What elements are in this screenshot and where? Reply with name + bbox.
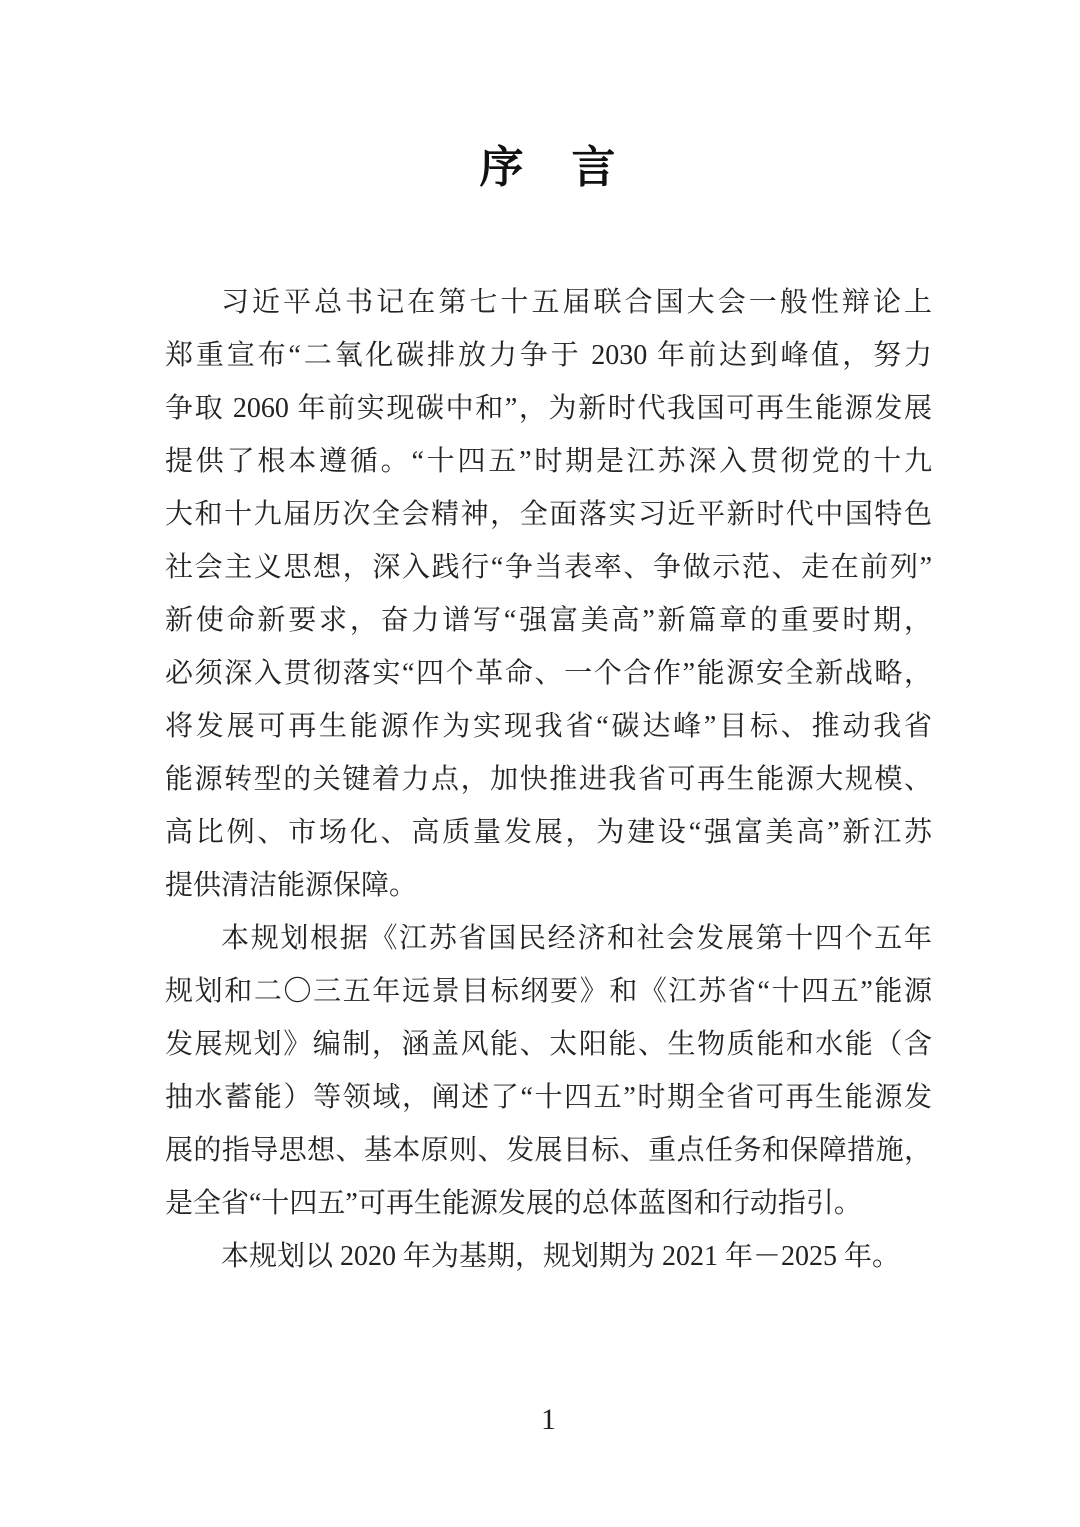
page-number: 1 [165, 1400, 932, 1440]
page-title: 序 言 [165, 142, 932, 194]
text-line: 高比例、市场化、高质量发展，为建设“强富美高”新江苏 [165, 806, 932, 859]
text-line: 本规划以 2020 年为基期，规划期为 2021 年－2025 年。 [165, 1230, 932, 1283]
text-line: 本规划根据《江苏省国民经济和社会发展第十四个五年 [165, 912, 932, 965]
text-line: 大和十九届历次全会精神，全面落实习近平新时代中国特色 [165, 488, 932, 541]
text-line: 发展规划》编制，涵盖风能、太阳能、生物质能和水能（含 [165, 1018, 932, 1071]
paragraph: 本规划根据《江苏省国民经济和社会发展第十四个五年 规划和二〇三五年远景目标纲要》… [165, 912, 932, 1230]
document-page: 序 言 习近平总书记在第七十五届联合国大会一般性辩论上 郑重宣布“二氧化碳排放力… [0, 0, 1080, 1527]
text-line: 社会主义思想，深入践行“争当表率、争做示范、走在前列” [165, 541, 932, 594]
text-line: 提供了根本遵循。“十四五”时期是江苏深入贯彻党的十九 [165, 435, 932, 488]
text-line: 将发展可再生能源作为实现我省“碳达峰”目标、推动我省 [165, 700, 932, 753]
text-line: 争取 2060 年前实现碳中和”，为新时代我国可再生能源发展 [165, 382, 932, 435]
text-line: 展的指导思想、基本原则、发展目标、重点任务和保障措施， [165, 1124, 932, 1177]
document-body: 习近平总书记在第七十五届联合国大会一般性辩论上 郑重宣布“二氧化碳排放力争于 2… [165, 276, 932, 1283]
text-line: 规划和二〇三五年远景目标纲要》和《江苏省“十四五”能源 [165, 965, 932, 1018]
text-line: 新使命新要求，奋力谱写“强富美高”新篇章的重要时期， [165, 594, 932, 647]
text-line: 抽水蓄能）等领域，阐述了“十四五”时期全省可再生能源发 [165, 1071, 932, 1124]
text-line: 是全省“十四五”可再生能源发展的总体蓝图和行动指引。 [165, 1177, 932, 1230]
text-line: 郑重宣布“二氧化碳排放力争于 2030 年前达到峰值，努力 [165, 329, 932, 382]
paragraph: 本规划以 2020 年为基期，规划期为 2021 年－2025 年。 [165, 1230, 932, 1283]
text-line: 必须深入贯彻落实“四个革命、一个合作”能源安全新战略， [165, 647, 932, 700]
text-line: 提供清洁能源保障。 [165, 859, 932, 912]
paragraph: 习近平总书记在第七十五届联合国大会一般性辩论上 郑重宣布“二氧化碳排放力争于 2… [165, 276, 932, 912]
text-line: 习近平总书记在第七十五届联合国大会一般性辩论上 [165, 276, 932, 329]
text-line: 能源转型的关键着力点，加快推进我省可再生能源大规模、 [165, 753, 932, 806]
